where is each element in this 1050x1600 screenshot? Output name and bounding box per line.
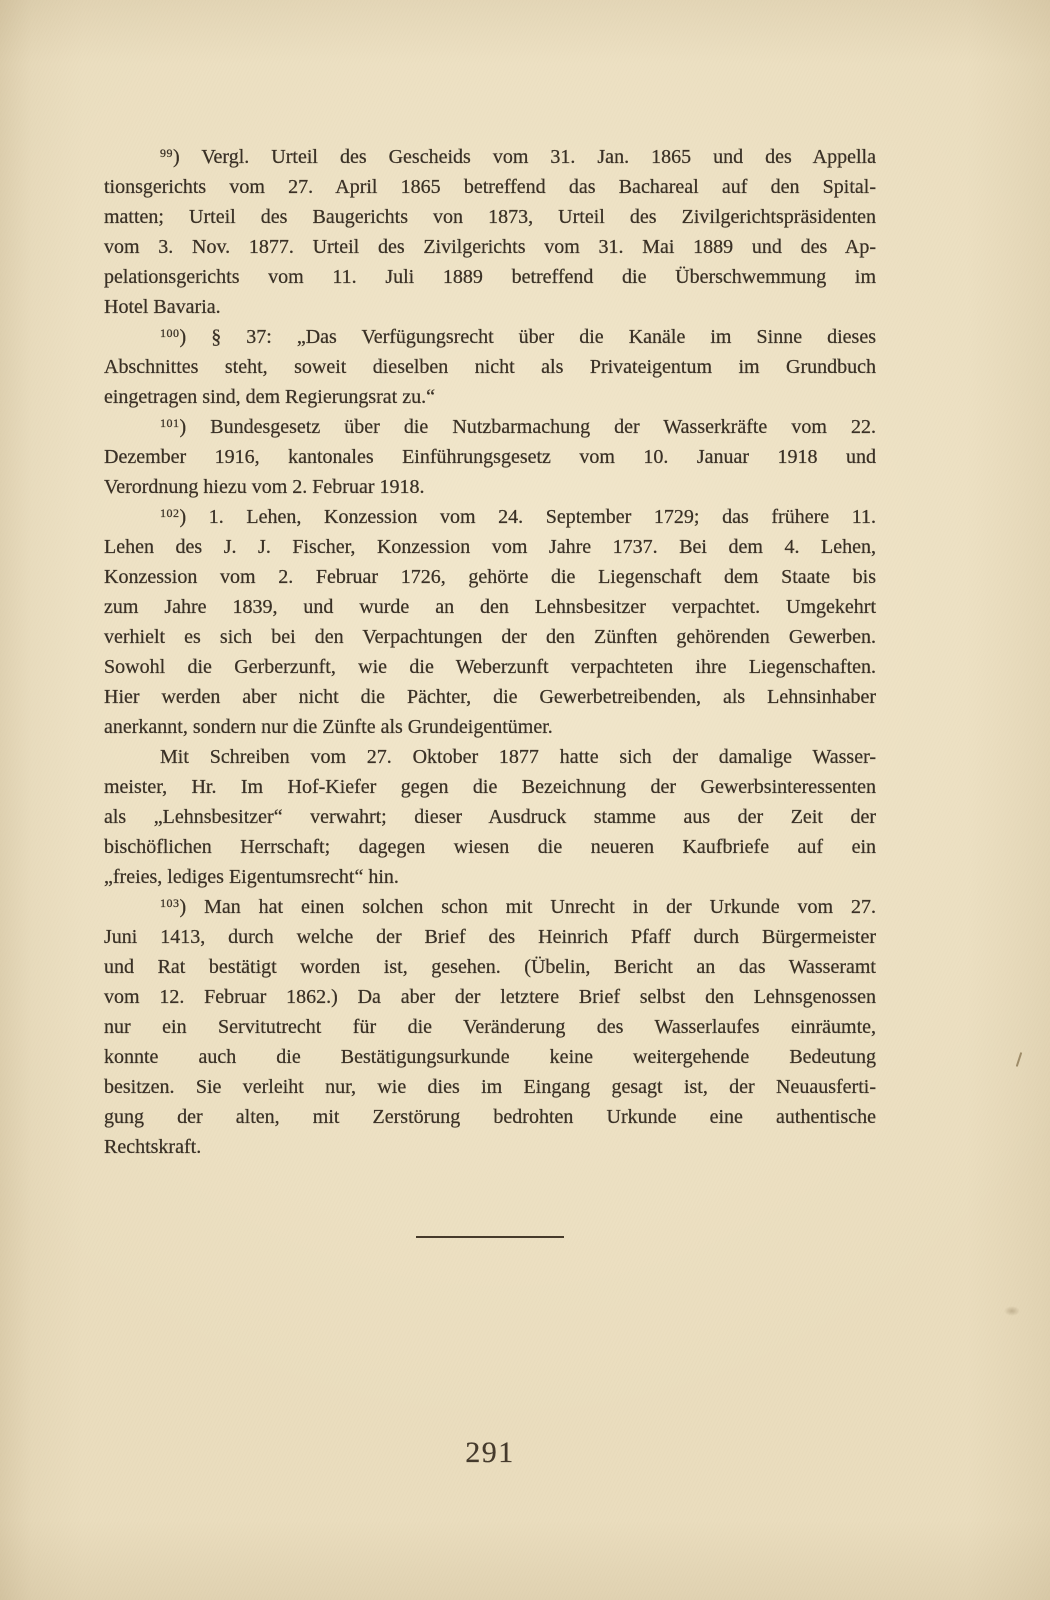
text-line: pelationsgerichts vom 11. Juli 1889 betr… xyxy=(104,262,876,292)
footnote-marker: 103 xyxy=(160,896,180,910)
text-line: gung der alten, mit Zerstörung bedrohten… xyxy=(104,1102,876,1132)
text-line: Sowohl die Gerberzunft, wie die Weberzun… xyxy=(104,652,876,682)
footnote-101: 101) Bundesgesetz über die Nutzbarmachun… xyxy=(104,412,876,502)
text-line: vom 3. Nov. 1877. Urteil des Zivilgerich… xyxy=(104,232,876,262)
ink-smudge xyxy=(1004,1306,1020,1316)
footnotes-text-block: 99) Vergl. Urteil des Gescheids vom 31. … xyxy=(104,142,876,1238)
text-line: Rechtskraft. xyxy=(104,1132,876,1162)
text-line: Lehen des J. J. Fischer, Konzession vom … xyxy=(104,532,876,562)
paragraph: Mit Schreiben vom 27. Oktober 1877 hatte… xyxy=(104,742,876,892)
footnote-100: 100) § 37: „Das Verfügungsrecht über die… xyxy=(104,322,876,412)
text-line: Abschnittes steht, soweit dieselben nich… xyxy=(104,352,876,382)
text-line: tionsgerichts vom 27. April 1865 betreff… xyxy=(104,172,876,202)
text-line: Mit Schreiben vom 27. Oktober 1877 hatte… xyxy=(104,742,876,772)
footnote-99: 99) Vergl. Urteil des Gescheids vom 31. … xyxy=(104,142,876,322)
text-line: „freies, lediges Eigentumsrecht“ hin. xyxy=(104,862,876,892)
text-line: anerkannt, sondern nur die Zünfte als Gr… xyxy=(104,712,876,742)
text-line: Dezember 1916, kantonales Einführungsges… xyxy=(104,442,876,472)
page-number: 291 xyxy=(465,1436,515,1469)
text-line: als „Lehnsbesitzer“ verwahrt; dieser Aus… xyxy=(104,802,876,832)
footnote-marker: 99 xyxy=(160,146,173,160)
text-line: 102) 1. Lehen, Konzession vom 24. Septem… xyxy=(104,502,876,532)
text-line: verhielt es sich bei den Verpachtungen d… xyxy=(104,622,876,652)
text-line: vom 12. Februar 1862.) Da aber der letzt… xyxy=(104,982,876,1012)
text-line: meister, Hr. Im Hof-Kiefer gegen die Bez… xyxy=(104,772,876,802)
footnote-marker: 102 xyxy=(160,506,180,520)
text-line: nur ein Servitutrecht für die Veränderun… xyxy=(104,1012,876,1042)
text-line: Verordnung hiezu vom 2. Februar 1918. xyxy=(104,472,876,502)
text-line: und Rat bestätigt worden ist, gesehen. (… xyxy=(104,952,876,982)
text-line: konnte auch die Bestätigungsurkunde kein… xyxy=(104,1042,876,1072)
text-line: 99) Vergl. Urteil des Gescheids vom 31. … xyxy=(104,142,876,172)
footnote-102: 102) 1. Lehen, Konzession vom 24. Septem… xyxy=(104,502,876,742)
footnote-103: 103) Man hat einen solchen schon mit Unr… xyxy=(104,892,876,1162)
text-line: 100) § 37: „Das Verfügungsrecht über die… xyxy=(104,322,876,352)
text-line: matten; Urteil des Baugerichts von 1873,… xyxy=(104,202,876,232)
text-line: 101) Bundesgesetz über die Nutzbarmachun… xyxy=(104,412,876,442)
text-line: Hotel Bavaria. xyxy=(104,292,876,322)
text-line: 103) Man hat einen solchen schon mit Unr… xyxy=(104,892,876,922)
footnote-marker: 101 xyxy=(160,416,180,430)
text-line: bischöflichen Herrschaft; dagegen wiesen… xyxy=(104,832,876,862)
ink-speck xyxy=(1016,1052,1023,1067)
section-divider xyxy=(416,1236,564,1238)
page-footer: 291 xyxy=(104,1436,876,1470)
text-line: eingetragen sind, dem Regierungsrat zu.“ xyxy=(104,382,876,412)
text-line: besitzen. Sie verleiht nur, wie dies im … xyxy=(104,1072,876,1102)
text-line: Konzession vom 2. Februar 1726, gehörte … xyxy=(104,562,876,592)
text-line: Juni 1413, durch welche der Brief des He… xyxy=(104,922,876,952)
footnote-marker: 100 xyxy=(160,326,180,340)
text-line: Hier werden aber nicht die Pächter, die … xyxy=(104,682,876,712)
text-line: zum Jahre 1839, und wurde an den Lehnsbe… xyxy=(104,592,876,622)
